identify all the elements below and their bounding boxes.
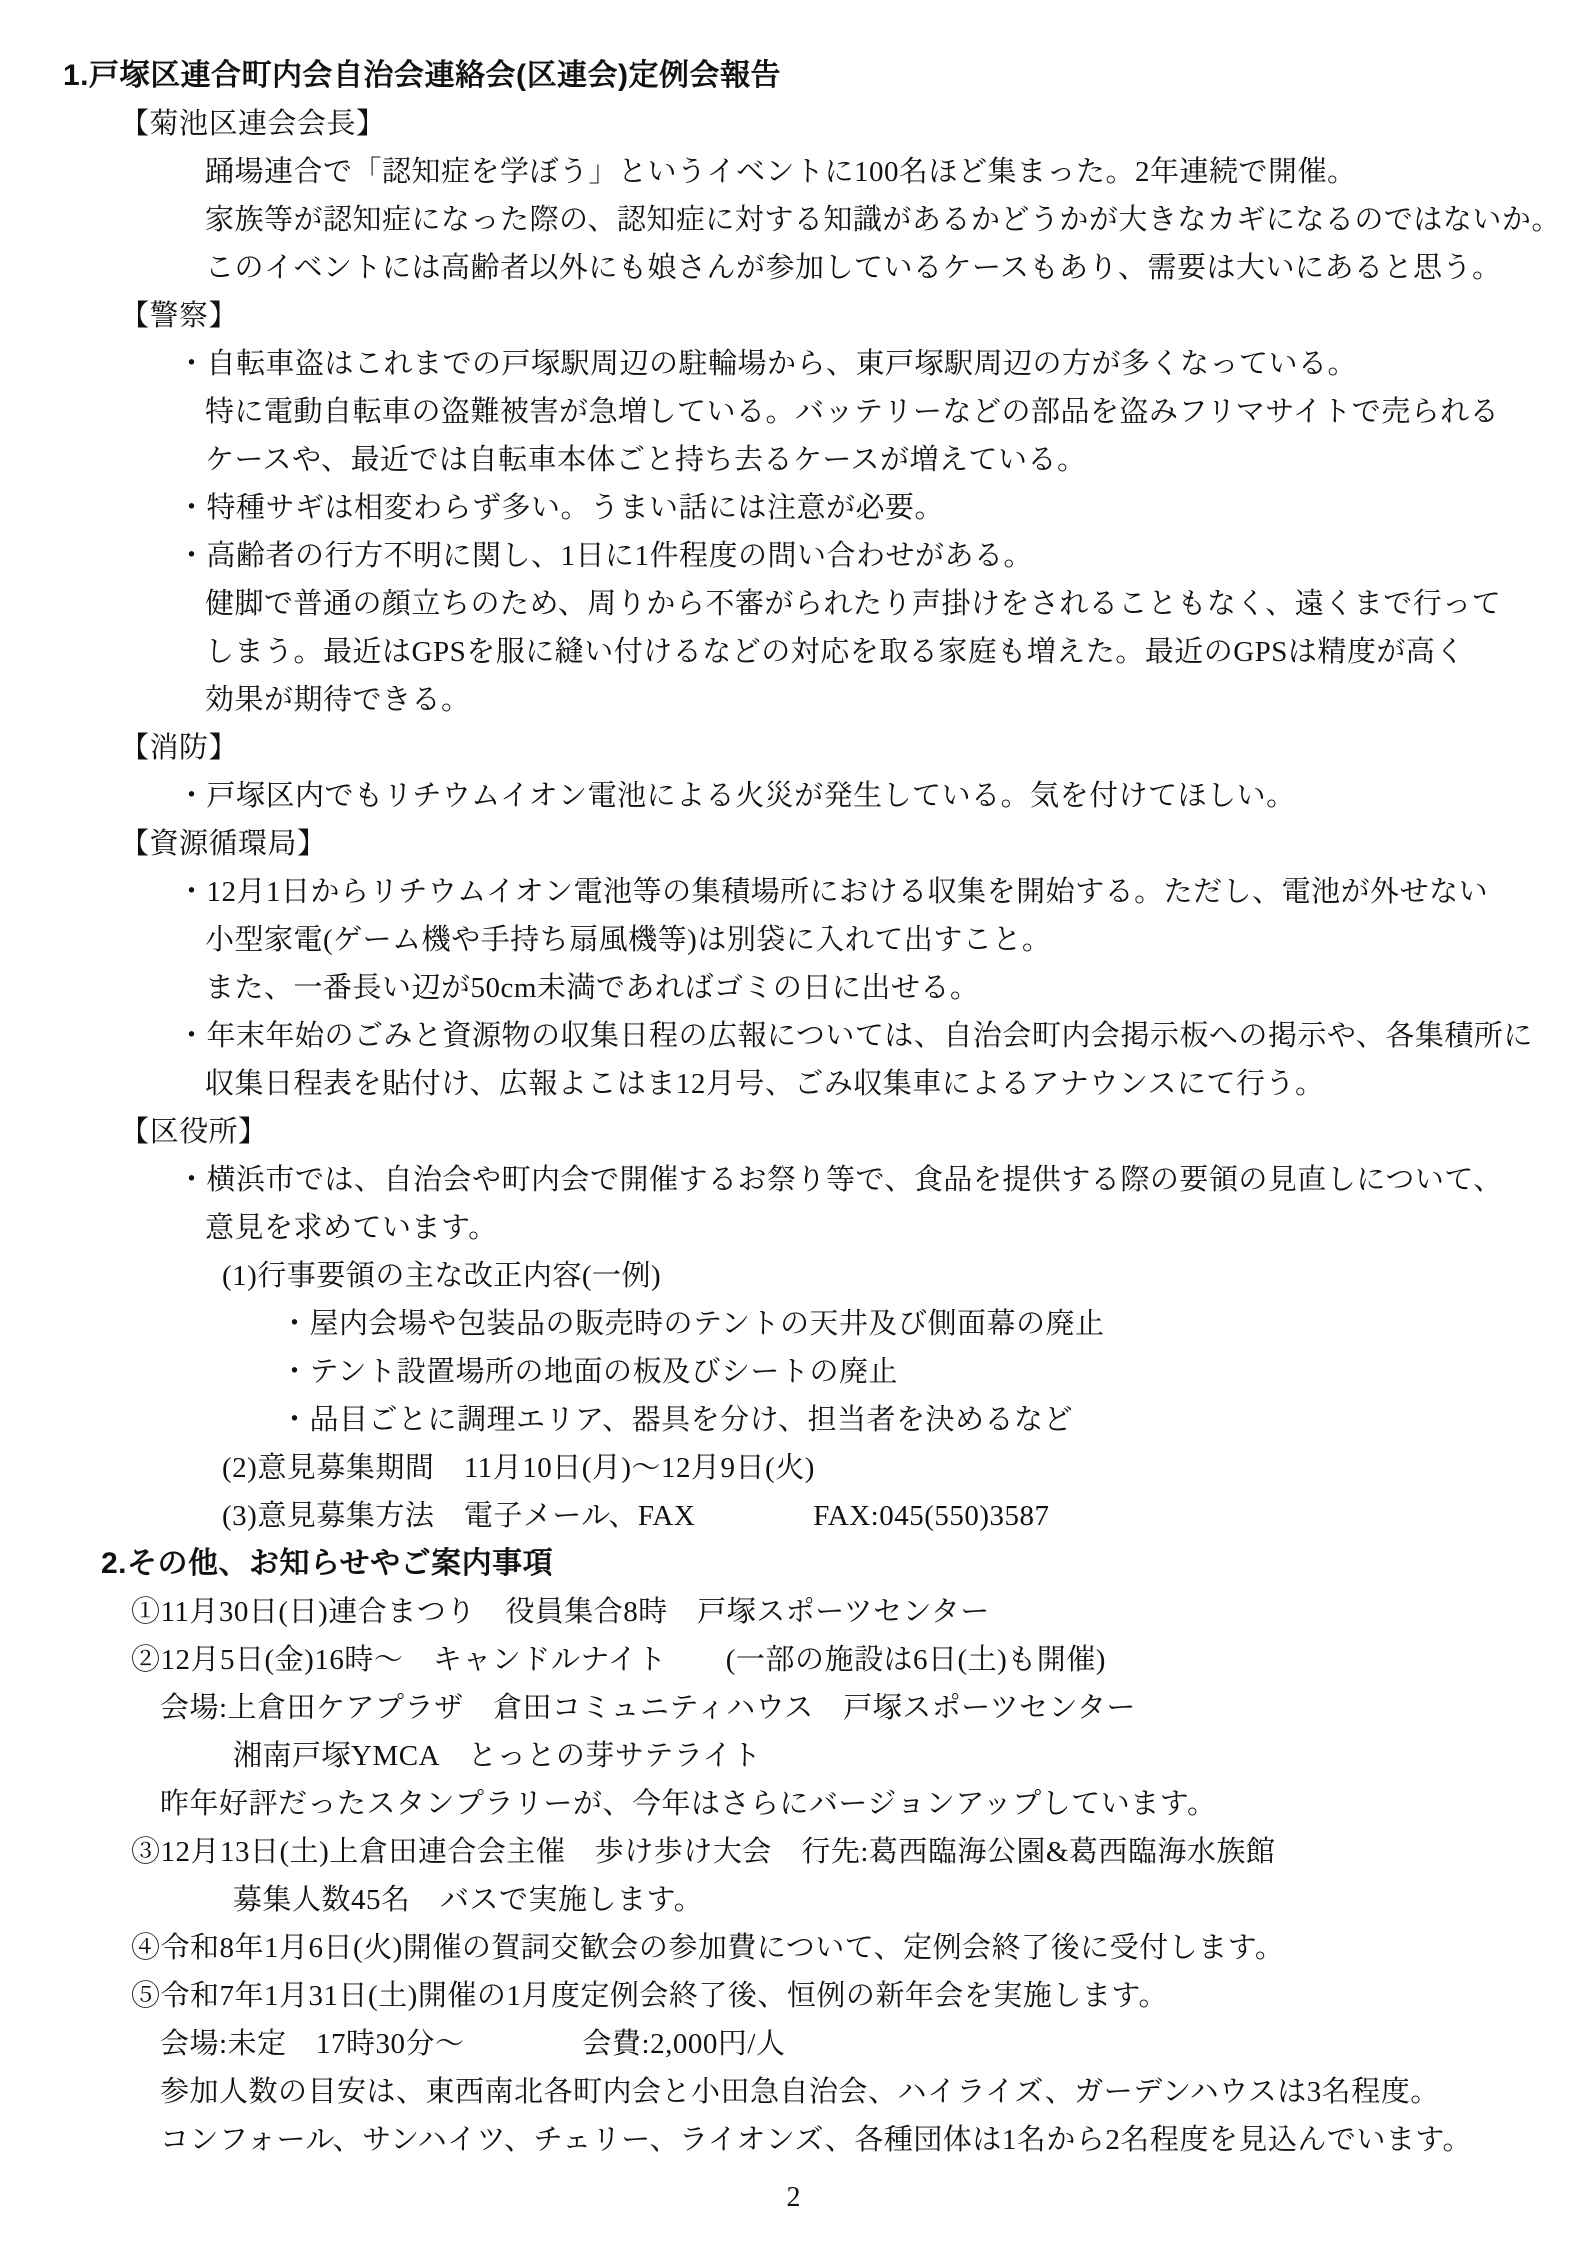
- sub-bullet-line: ・品目ごとに調理エリア、器具を分け、担当者を決めるなど: [0, 1396, 1587, 1444]
- detail-line-deep: 湘南戸塚YMCA とっとの芽サテライト: [0, 1732, 1587, 1780]
- body-line: また、一番長い辺が50cm未満であればゴミの日に出せる。: [0, 964, 1587, 1012]
- page-number: 2: [787, 2182, 801, 2213]
- circled-item: ①11月30日(日)連合まつり 役員集合8時 戸塚スポーツセンター: [0, 1588, 1587, 1636]
- bullet-line: ・自転車盗はこれまでの戸塚駅周辺の駐輪場から、東戸塚駅周辺の方が多くなっている。: [0, 340, 1587, 388]
- heading-2: 2.その他、お知らせやご案内事項: [0, 1540, 1587, 1588]
- body-line: 家族等が認知症になった際の、認知症に対する知識があるかどうかが大きなカギになるの…: [0, 196, 1587, 244]
- page-number-row: 2: [0, 2178, 1587, 2218]
- body-line: 小型家電(ゲーム機や手持ち扇風機等)は別袋に入れて出すこと。: [0, 916, 1587, 964]
- heading-1: 1.戸塚区連合町内会自治会連絡会(区連会)定例会報告: [0, 52, 1587, 100]
- bullet-line: ・横浜市では、自治会や町内会で開催するお祭り等で、食品を提供する際の要領の見直し…: [0, 1156, 1587, 1204]
- body-line: しまう。最近はGPSを服に縫い付けるなどの対応を取る家庭も増えた。最近のGPSは…: [0, 628, 1587, 676]
- section-heading: 【警察】: [0, 292, 1587, 340]
- detail-line-deep: 募集人数45名 バスで実施します。: [0, 1876, 1587, 1924]
- body-line: 意見を求めています。: [0, 1204, 1587, 1252]
- body-line: 特に電動自転車の盗難被害が急増している。バッテリーなどの部品を盗みフリマサイトで…: [0, 388, 1587, 436]
- document-page: { "page": { "number": "2", "background_c…: [0, 0, 1587, 2245]
- bullet-line: ・12月1日からリチウムイオン電池等の集積場所における収集を開始する。ただし、電…: [0, 868, 1587, 916]
- numbered-item: (2)意見募集期間 11月10日(月)〜12月9日(火): [0, 1444, 1587, 1492]
- detail-line: コンフォール、サンハイツ、チェリー、ライオンズ、各種団体は1名から2名程度を見込…: [0, 2116, 1587, 2164]
- circled-item: ⑤令和7年1月31日(土)開催の1月度定例会終了後、恒例の新年会を実施します。: [0, 1972, 1587, 2020]
- section-heading: 【資源循環局】: [0, 820, 1587, 868]
- detail-line: 会場:上倉田ケアプラザ 倉田コミュニティハウス 戸塚スポーツセンター: [0, 1684, 1587, 1732]
- circled-item: ②12月5日(金)16時〜 キャンドルナイト (一部の施設は6日(土)も開催): [0, 1636, 1587, 1684]
- detail-line: 参加人数の目安は、東西南北各町内会と小田急自治会、ハイライズ、ガーデンハウスは3…: [0, 2068, 1587, 2116]
- sub-bullet-line: ・テント設置場所の地面の板及びシートの廃止: [0, 1348, 1587, 1396]
- circled-item: ③12月13日(土)上倉田連合会主催 歩け歩け大会 行先:葛西臨海公園&葛西臨海…: [0, 1828, 1587, 1876]
- body-line: 健脚で普通の顔立ちのため、周りから不審がられたり声掛けをされることもなく、遠くま…: [0, 580, 1587, 628]
- bullet-line: ・特種サギは相変わらず多い。うまい話には注意が必要。: [0, 484, 1587, 532]
- section-heading: 【消防】: [0, 724, 1587, 772]
- numbered-item: (1)行事要領の主な改正内容(一例): [0, 1252, 1587, 1300]
- numbered-item: (3)意見募集方法 電子メール、FAX FAX:045(550)3587: [0, 1492, 1587, 1540]
- section-heading: 【菊池区連会会長】: [0, 100, 1587, 148]
- section-heading: 【区役所】: [0, 1108, 1587, 1156]
- sub-bullet-line: ・屋内会場や包装品の販売時のテントの天井及び側面幕の廃止: [0, 1300, 1587, 1348]
- bullet-line: ・高齢者の行方不明に関し、1日に1件程度の問い合わせがある。: [0, 532, 1587, 580]
- detail-line: 昨年好評だったスタンプラリーが、今年はさらにバージョンアップしています。: [0, 1780, 1587, 1828]
- body-line: このイベントには高齢者以外にも娘さんが参加しているケースもあり、需要は大いにある…: [0, 244, 1587, 292]
- bullet-line: ・戸塚区内でもリチウムイオン電池による火災が発生している。気を付けてほしい。: [0, 772, 1587, 820]
- detail-line: 会場:未定 17時30分〜 会費:2,000円/人: [0, 2020, 1587, 2068]
- body-line: 収集日程表を貼付け、広報よこはま12月号、ごみ収集車によるアナウンスにて行う。: [0, 1060, 1587, 1108]
- body-line: 効果が期待できる。: [0, 676, 1587, 724]
- bullet-line: ・年末年始のごみと資源物の収集日程の広報については、自治会町内会掲示板への掲示や…: [0, 1012, 1587, 1060]
- circled-item: ④令和8年1月6日(火)開催の賀詞交歓会の参加費について、定例会終了後に受付しま…: [0, 1924, 1587, 1972]
- body-line: ケースや、最近では自転車本体ごと持ち去るケースが増えている。: [0, 436, 1587, 484]
- body-line: 踊場連合で「認知症を学ぼう」というイベントに100名ほど集まった。2年連続で開催…: [0, 148, 1587, 196]
- document-body: 1.戸塚区連合町内会自治会連絡会(区連会)定例会報告【菊池区連会会長】踊場連合で…: [0, 52, 1587, 2164]
